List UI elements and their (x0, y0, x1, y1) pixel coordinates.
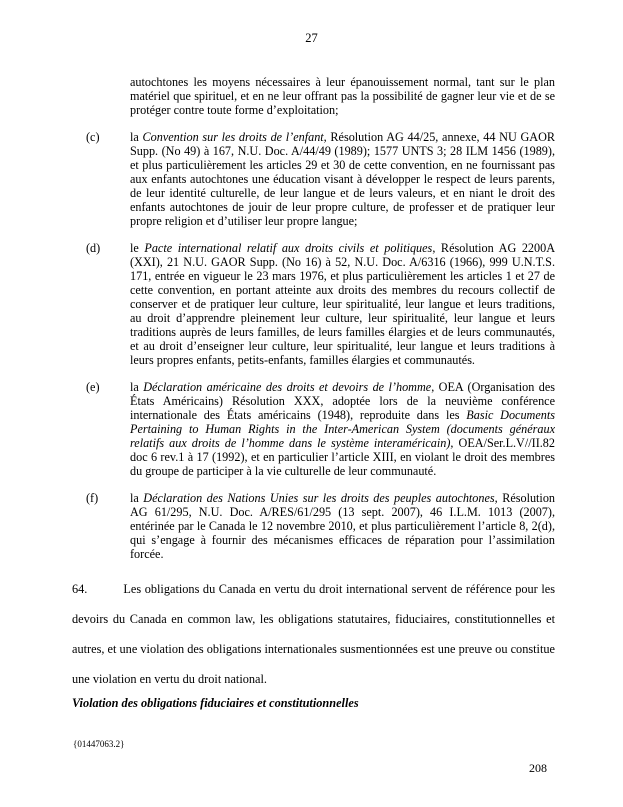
document-page: 27 autochtones les moyens nécessaires à … (0, 0, 623, 807)
list-item-e: (e) la Déclaration américaine des droits… (72, 380, 555, 478)
list-item-marker: (f) (72, 491, 130, 561)
paragraph-64-text: Les obligations du Canada en vertu du dr… (72, 582, 555, 686)
footer-document-id: {01447063.2} (73, 739, 124, 749)
list-item-marker: (d) (72, 241, 130, 367)
intro-paragraph: autochtones les moyens nécessaires à leu… (130, 75, 555, 117)
list-item-text: la Déclaration américaine des droits et … (130, 380, 555, 478)
list-item-text: le Pacte international relatif aux droit… (130, 241, 555, 367)
paragraph-64-number: 64. (72, 582, 87, 596)
list-item-marker: (c) (72, 130, 130, 228)
header-page-number: 27 (0, 31, 623, 45)
list-item-marker: (e) (72, 380, 130, 478)
list-item-c: (c) la Convention sur les droits de l’en… (72, 130, 555, 228)
section-heading: Violation des obligations fiduciaires et… (72, 696, 555, 711)
list-item-text: la Convention sur les droits de l’enfant… (130, 130, 555, 228)
paragraph-64: 64.Les obligations du Canada en vertu du… (72, 574, 555, 694)
page-body: autochtones les moyens nécessaires à leu… (72, 75, 555, 711)
footer-page-number: 208 (529, 761, 547, 775)
list-item-text: la Déclaration des Nations Unies sur les… (130, 491, 555, 561)
list-item-d: (d) le Pacte international relatif aux d… (72, 241, 555, 367)
list-item-f: (f) la Déclaration des Nations Unies sur… (72, 491, 555, 561)
